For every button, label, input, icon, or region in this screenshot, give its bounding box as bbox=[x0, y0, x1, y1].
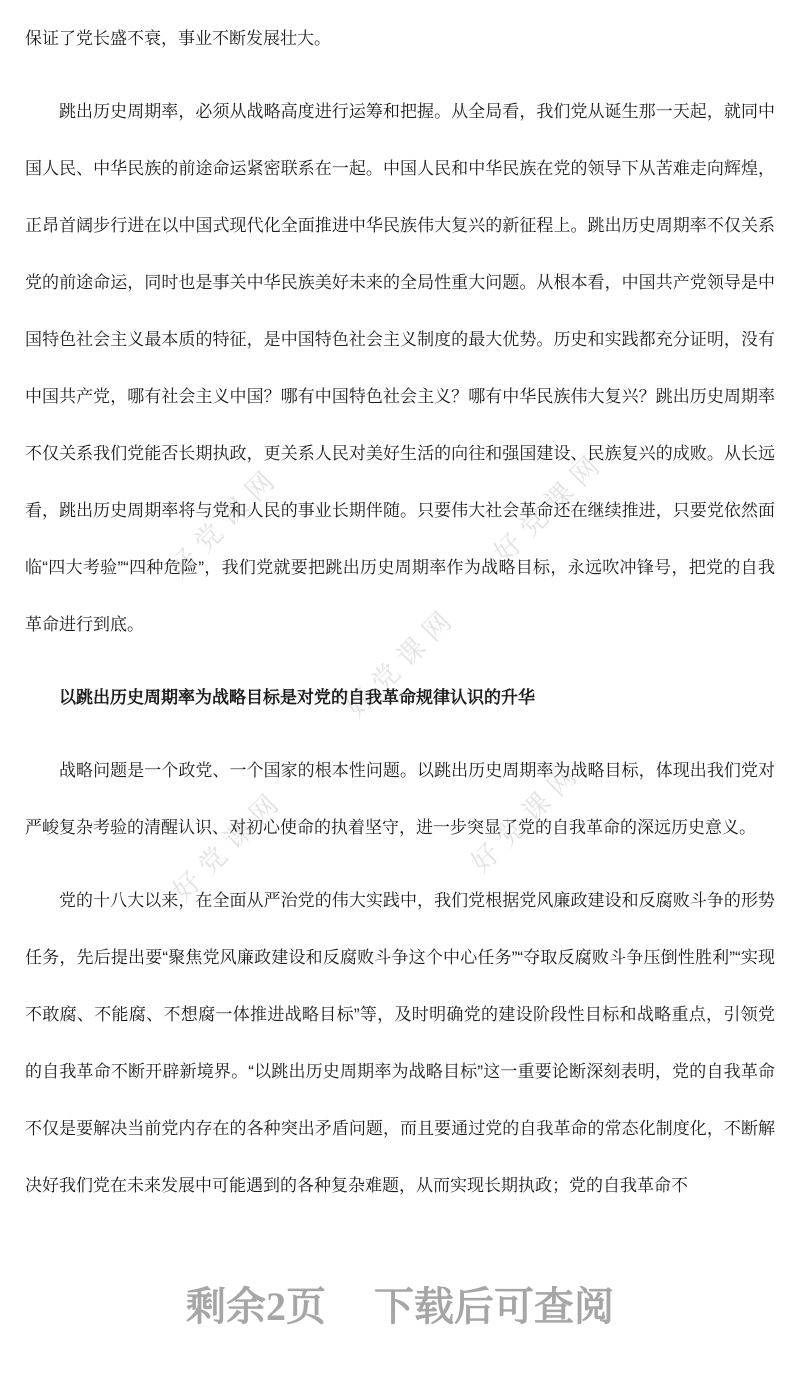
paragraph: 战略问题是一个政党、一个国家的根本性问题。以跳出历史周期率为战略目标，体现出我们… bbox=[25, 742, 775, 856]
pages-remaining-label: 剩余2页 bbox=[186, 1284, 326, 1329]
document-body: 保证了党长盛不衰，事业不断发展壮大。跳出历史周期率，必须从战略高度进行运筹和把握… bbox=[25, 10, 775, 1240]
paragraph: 保证了党长盛不衰，事业不断发展壮大。 bbox=[25, 10, 775, 67]
download-hint-label: 下载后可查阅 bbox=[374, 1284, 614, 1329]
document-page: 好党课网好党课网好党课网好党课网好党课网 保证了党长盛不衰，事业不断发展壮大。跳… bbox=[0, 0, 800, 1389]
paragraph: 跳出历史周期率，必须从战略高度进行运筹和把握。从全局看，我们党从诞生那一天起，就… bbox=[25, 83, 775, 653]
paragraph: 党的十八大以来，在全面从严治党的伟大实践中，我们党根据党风廉政建设和反腐败斗争的… bbox=[25, 872, 775, 1214]
pagination-notice: 剩余2页下载后可查阅 bbox=[0, 1283, 800, 1331]
section-heading: 以跳出历史周期率为战略目标是对党的自我革命规律认识的升华 bbox=[25, 669, 775, 726]
